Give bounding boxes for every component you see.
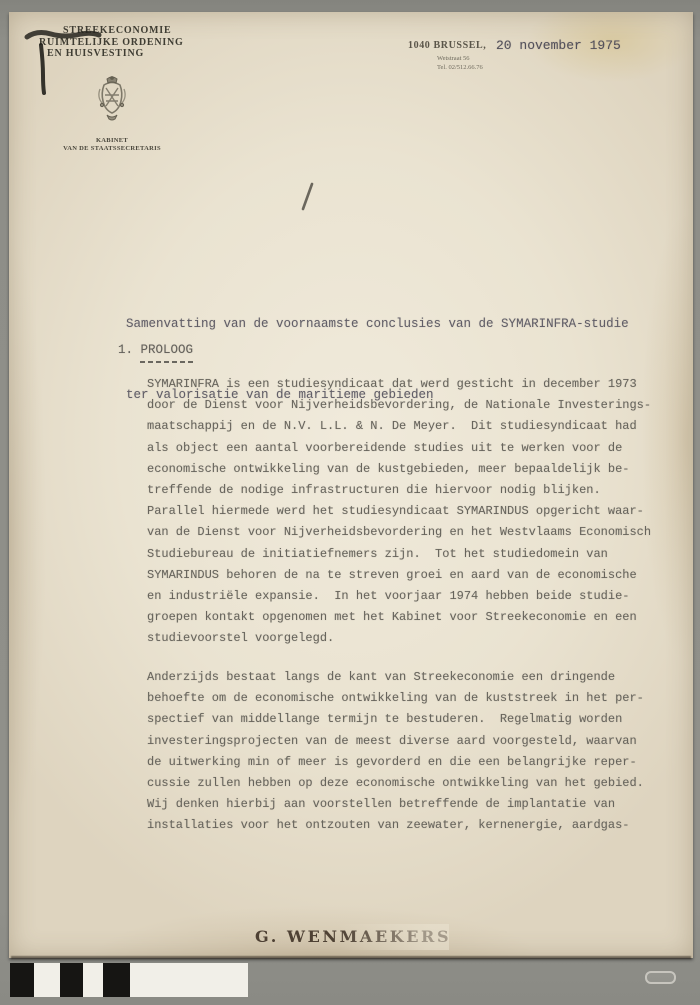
calibration-block: [60, 963, 83, 997]
typewriter-line: spectief van middellange termijn te best…: [147, 709, 644, 730]
calibration-block: [83, 963, 103, 997]
typewriter-line: SYMARINDUS behoren de na te streven groe…: [147, 565, 651, 586]
document-date: 20 november 1975: [496, 38, 621, 53]
coat-of-arms-icon: [94, 75, 130, 133]
typewriter-line: Studiebureau de initiatiefnemers zijn. T…: [147, 544, 651, 565]
photo-background: STREEKECONOMIERUIMTELIJKE ORDENINGEN HUI…: [0, 0, 700, 1005]
typewriter-line: groepen kontakt opgenomen met het Kabine…: [147, 607, 651, 628]
letterhead: STREEKECONOMIERUIMTELIJKE ORDENINGEN HUI…: [39, 25, 184, 60]
section-heading: 1. PROLOOG: [118, 343, 193, 357]
calibration-block: [10, 963, 34, 997]
paragraph-2: Anderzijds bestaat langs de kant van Str…: [147, 667, 644, 837]
typewriter-line: installaties voor het ontzouten van zeew…: [147, 815, 644, 836]
calibration-block: [103, 963, 130, 997]
letterhead-office-line: VAN DE STAATSSECRETARIS: [57, 145, 167, 153]
letterhead-city: 1040 BRUSSEL,: [408, 40, 486, 51]
typewriter-line: Parallel hiermede werd het studiesyndica…: [147, 501, 651, 522]
typewriter-line: economische ontwikkeling van de kustgebi…: [147, 459, 651, 480]
typewriter-line: maatschappij en de N.V. L.L. & N. De Mey…: [147, 416, 651, 437]
typewriter-line: als object een aantal voorbereidende stu…: [147, 438, 651, 459]
typewriter-line: cussie zullen hebben op deze economische…: [147, 773, 644, 794]
letterhead-line: RUIMTELIJKE ORDENING: [39, 37, 184, 49]
calibration-block: [130, 963, 248, 997]
typewriter-line: door de Dienst voor Nijverheidsbevorderi…: [147, 395, 651, 416]
letterhead-office-line: KABINET: [57, 137, 167, 145]
title-line: Samenvatting van de voornaamste conclusi…: [126, 313, 629, 337]
typewriter-line: SYMARINFRA is een studiesyndicaat dat we…: [147, 374, 651, 395]
letterhead-phone: Tel. 02/512.66.76: [437, 64, 483, 71]
paragraph-1: SYMARINFRA is een studiesyndicaat dat we…: [147, 374, 651, 650]
signature-fade: [339, 924, 449, 950]
typewriter-line: Anderzijds bestaat langs de kant van Str…: [147, 667, 644, 688]
typewriter-line: en industriële expansie. In het voorjaar…: [147, 586, 651, 607]
heading-underline: [140, 361, 196, 363]
letterhead-address: Wetstraat 56: [437, 55, 470, 62]
typewriter-line: Wij denken hierbij aan voorstellen betre…: [147, 794, 644, 815]
calibration-block: [34, 963, 60, 997]
typewriter-line: treffende de nodige infrastructuren die …: [147, 480, 651, 501]
letterhead-line: EN HUISVESTING: [47, 48, 184, 60]
typewriter-line: van de Dienst voor Nijverheidsbevorderin…: [147, 522, 651, 543]
document-page: STREEKECONOMIERUIMTELIJKE ORDENINGEN HUI…: [9, 12, 693, 958]
film-marker: [645, 971, 676, 984]
letterhead-office: KABINETVAN DE STAATSSECRETARIS: [57, 137, 167, 153]
letterhead-line: STREEKECONOMIE: [63, 25, 184, 37]
typewriter-line: de uitwerking min of meer is gevorderd e…: [147, 752, 644, 773]
typewriter-line: studievoorstel voorgelegd.: [147, 628, 651, 649]
typewriter-line: behoefte om de economische ontwikkeling …: [147, 688, 644, 709]
typewriter-line: investeringsprojecten van de meest diver…: [147, 731, 644, 752]
